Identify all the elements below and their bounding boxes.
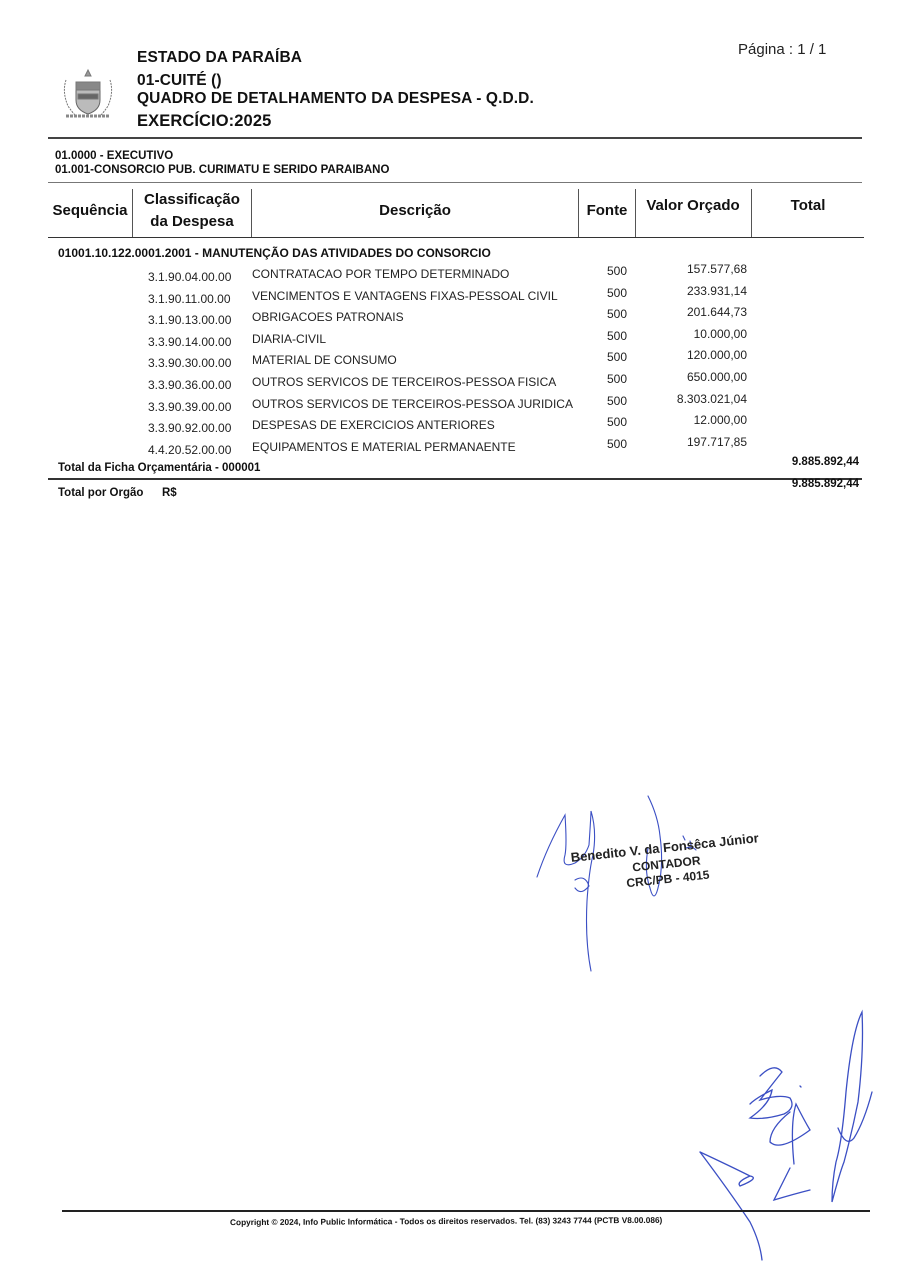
fonte-cell: 500 [607, 350, 627, 364]
fiscal-year: EXERCÍCIO:2025 [137, 112, 271, 131]
valor-orcado-cell: 233.931,14 [687, 284, 747, 298]
accountant-stamp: Benedito V. da Fonsêca Júnior CONTADOR C… [570, 830, 763, 895]
footer-divider [62, 1210, 870, 1212]
descricao-cell: EQUIPAMENTOS E MATERIAL PERMANAENTE [252, 440, 516, 454]
entity-title: 01-CUITÉ () [137, 72, 222, 90]
classificacao-cell: 3.3.90.36.00.00 [148, 378, 231, 392]
table-row: 3.1.90.11.00.00VENCIMENTOS E VANTAGENS F… [0, 286, 900, 308]
descricao-cell: DESPESAS DE EXERCICIOS ANTERIORES [252, 418, 495, 432]
valor-orcado-cell: 650.000,00 [687, 370, 747, 384]
descricao-cell: MATERIAL DE CONSUMO [252, 353, 397, 367]
orgao-label: 01.0000 - EXECUTIVO [55, 150, 173, 162]
classificacao-cell: 3.1.90.04.00.00 [148, 270, 231, 284]
descricao-cell: OUTROS SERVICOS DE TERCEIROS-PESSOA JURI… [252, 397, 573, 411]
table-row: 3.3.90.14.00.00DIARIA-CIVIL50010.000,00 [0, 329, 900, 351]
descricao-cell: CONTRATACAO POR TEMPO DETERMINADO [252, 267, 509, 281]
table-row: 3.3.90.30.00.00MATERIAL DE CONSUMO500120… [0, 350, 900, 372]
column-descricao: Descrição [252, 185, 578, 237]
column-sequencia: Sequência [48, 185, 132, 237]
column-classificacao: Classificação da Despesa [133, 185, 251, 237]
valor-orcado-cell: 12.000,00 [694, 413, 747, 427]
table-header: Sequência Classificação da Despesa Descr… [48, 185, 864, 238]
valor-orcado-cell: 10.000,00 [694, 327, 747, 341]
descricao-cell: OBRIGACOES PATRONAIS [252, 310, 404, 324]
table-row: 3.1.90.04.00.00CONTRATACAO POR TEMPO DET… [0, 264, 900, 286]
divider [48, 478, 862, 480]
classificacao-cell: 3.1.90.11.00.00 [148, 292, 231, 306]
total-ficha-value: 9.885.892,44 [792, 456, 859, 468]
coat-of-arms-icon [58, 66, 118, 126]
classificacao-cell: 3.3.90.14.00.00 [148, 335, 231, 349]
total-orgao-value: 9.885.892,44 [792, 478, 859, 490]
classificacao-cell: 3.1.90.13.00.00 [148, 313, 231, 327]
total-orgao-label: Total por Orgão [58, 487, 143, 499]
unidade-label: 01.001-CONSORCIO PUB. CURIMATU E SERIDO … [55, 164, 389, 176]
fonte-cell: 500 [607, 329, 627, 343]
table-row: 4.4.20.52.00.00EQUIPAMENTOS E MATERIAL P… [0, 437, 900, 459]
table-row: 3.3.90.92.00.00DESPESAS DE EXERCICIOS AN… [0, 415, 900, 437]
descricao-cell: DIARIA-CIVIL [252, 332, 326, 346]
total-ficha-label: Total da Ficha Orçamentária - 000001 [58, 462, 260, 474]
valor-orcado-cell: 197.717,85 [687, 435, 747, 449]
program-group-title: 01001.10.122.0001.2001 - MANUTENÇÃO DAS … [58, 246, 491, 260]
state-title: ESTADO DA PARAÍBA [137, 49, 302, 67]
valor-orcado-cell: 157.577,68 [687, 262, 747, 276]
classificacao-cell: 4.4.20.52.00.00 [148, 443, 231, 457]
page-number: Página : 1 / 1 [738, 41, 826, 58]
fonte-cell: 500 [607, 307, 627, 321]
footer-copyright: Copyright © 2024, Info Public Informátic… [230, 1215, 662, 1227]
report-title: QUADRO DE DETALHAMENTO DA DESPESA - Q.D.… [137, 90, 534, 108]
fonte-cell: 500 [607, 415, 627, 429]
descricao-cell: VENCIMENTOS E VANTAGENS FIXAS-PESSOAL CI… [252, 289, 558, 303]
fonte-cell: 500 [607, 437, 627, 451]
column-fonte: Fonte [579, 185, 635, 237]
valor-orcado-cell: 8.303.021,04 [677, 392, 747, 406]
descricao-cell: OUTROS SERVICOS DE TERCEIROS-PESSOA FISI… [252, 375, 556, 389]
fonte-cell: 500 [607, 264, 627, 278]
fonte-cell: 500 [607, 394, 627, 408]
classificacao-cell: 3.3.90.92.00.00 [148, 421, 231, 435]
table-row: 3.3.90.39.00.00OUTROS SERVICOS DE TERCEI… [0, 394, 900, 416]
classificacao-cell: 3.3.90.39.00.00 [148, 400, 231, 414]
currency-label: R$ [162, 487, 177, 499]
divider [48, 137, 862, 139]
classificacao-cell: 3.3.90.30.00.00 [148, 356, 231, 370]
column-classificacao-line2: da Despesa [150, 211, 233, 233]
fonte-cell: 500 [607, 372, 627, 386]
divider [48, 182, 862, 183]
table-row: 3.1.90.13.00.00OBRIGACOES PATRONAIS50020… [0, 307, 900, 329]
valor-orcado-cell: 120.000,00 [687, 348, 747, 362]
valor-orcado-cell: 201.644,73 [687, 305, 747, 319]
column-total: Total [752, 185, 864, 237]
column-valor-orcado: Valor Orçado [636, 185, 750, 237]
table-row: 3.3.90.36.00.00OUTROS SERVICOS DE TERCEI… [0, 372, 900, 394]
column-classificacao-line1: Classificação [144, 189, 240, 211]
fonte-cell: 500 [607, 286, 627, 300]
